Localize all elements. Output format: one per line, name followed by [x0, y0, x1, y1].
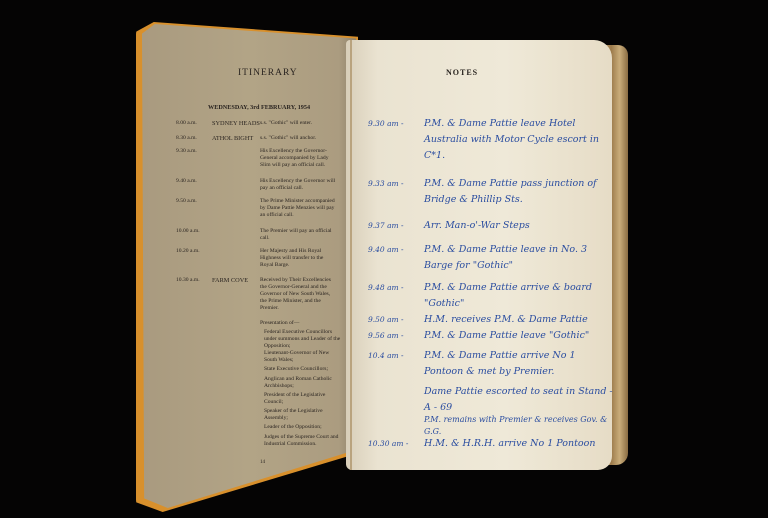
itinerary-page: ITINERARY WEDNESDAY, 3rd FEBRUARY, 1954 … [142, 24, 356, 508]
itinerary-date: WEDNESDAY, 3rd FEBRUARY, 1954 [208, 104, 310, 111]
notes-page: NOTES 9.30 am - P.M. & Dame Pattie leave… [346, 40, 612, 470]
notes-heading: NOTES [446, 68, 478, 77]
book-spine-gutter [350, 40, 352, 470]
itinerary-heading: ITINERARY [238, 68, 298, 78]
notebook-photo: ITINERARY WEDNESDAY, 3rd FEBRUARY, 1954 … [0, 0, 768, 518]
page-number: 14 [260, 460, 265, 465]
